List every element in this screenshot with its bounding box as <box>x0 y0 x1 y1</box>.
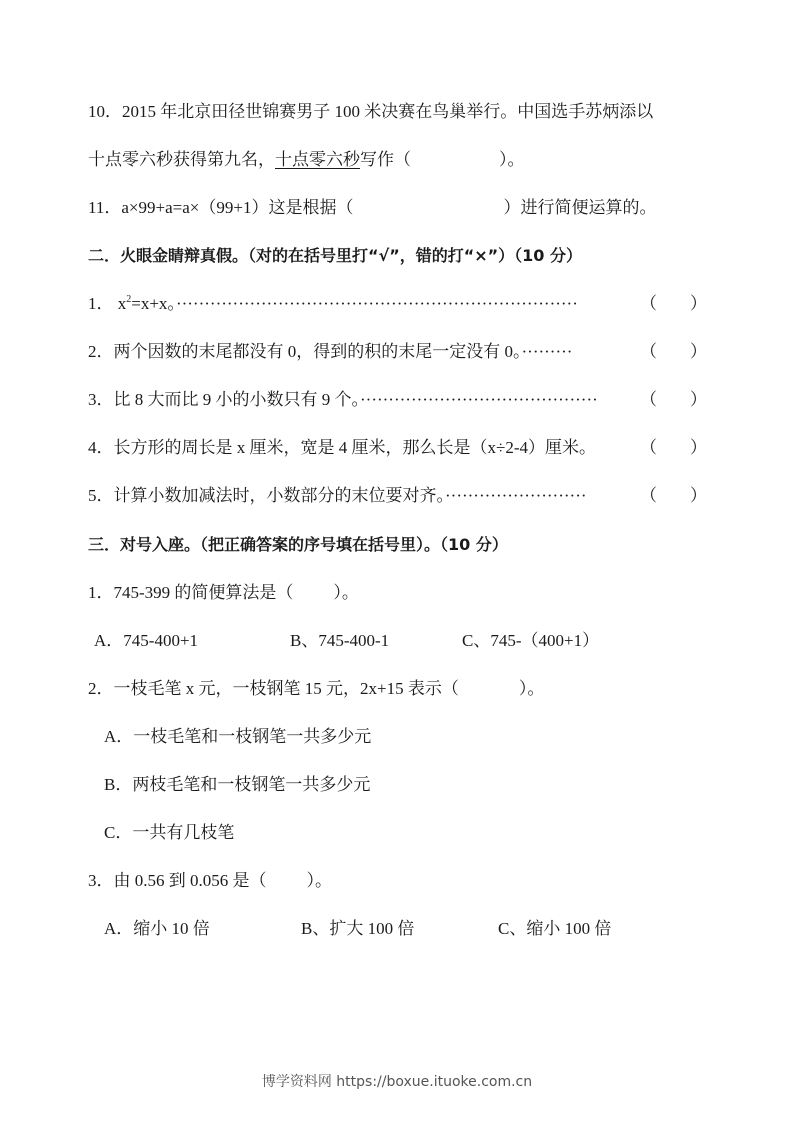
option-b[interactable]: B、扩大 100 倍 <box>301 917 414 941</box>
true-false-item-5: 5．计算小数加减法时，小数部分的末位要对齐。··················… <box>88 484 587 508</box>
question-10-line-1: 10．2015 年北京田径世锦赛男子 100 米决赛在鸟巢举行。中国选手苏炳添以 <box>88 100 653 124</box>
choice-question-1: 1．745-399 的简便算法是（）。 <box>88 581 359 605</box>
section-3-heading: 三．对号入座。（把正确答案的序号填在括号里）。（10 分） <box>88 533 508 557</box>
item-text: 长方形的周长是 x 厘米，宽是 4 厘米，那么长是（x÷2-4）厘米。 <box>114 438 597 457</box>
question-11: 11．a×99+a=a×（99+1）这是根据（）进行简便运算的。 <box>88 196 656 220</box>
item-number: 5． <box>88 486 114 505</box>
option-a[interactable]: A．745-400+1 <box>94 629 198 653</box>
question-11-text: 11．a×99+a=a×（99+1）这是根据（ <box>88 198 353 217</box>
leader-dots: ········· <box>522 342 573 361</box>
option-c[interactable]: C、缩小 100 倍 <box>498 917 611 941</box>
true-false-item-4: 4．长方形的周长是 x 厘米，宽是 4 厘米，那么长是（x÷2-4）厘米。 <box>88 436 596 460</box>
item-text: 计算小数加减法时，小数部分的末位要对齐。 <box>114 486 446 505</box>
question-stem: 3．由 0.56 到 0.056 是（ <box>88 871 267 890</box>
question-stem: 2．一枝毛笔 x 元，一枝钢笔 15 元，2x+15 表示（ <box>88 679 459 698</box>
item-number: 1． <box>88 294 114 313</box>
answer-paren-close: ） <box>690 340 707 364</box>
leader-dots: ························· <box>445 486 587 505</box>
option-a[interactable]: A．缩小 10 倍 <box>104 917 210 941</box>
question-10-text: 10．2015 年北京田径世锦赛男子 100 米决赛在鸟巢举行。中国选手苏炳添以 <box>88 102 653 121</box>
question-10-text-pre: 十点零六秒获得第九名， <box>88 150 275 169</box>
question-10-text-post: 写作（ <box>360 150 411 169</box>
true-false-item-2: 2．两个因数的末尾都没有 0，得到的积的末尾一定没有 0。········· <box>88 340 572 364</box>
true-false-item-3: 3．比 8 大而比 9 小的小数只有 9 个。·················… <box>88 388 598 412</box>
question-11-end: ）进行简便运算的。 <box>503 198 656 217</box>
answer-paren-open[interactable]: （ <box>640 340 657 364</box>
item-number: 2． <box>88 342 114 361</box>
question-stem: 1．745-399 的简便算法是（ <box>88 583 293 602</box>
option-c[interactable]: C、745-（400+1） <box>462 629 599 653</box>
option-b[interactable]: B、745-400-1 <box>290 629 389 653</box>
answer-paren-open[interactable]: （ <box>640 436 657 460</box>
section-2-heading: 二．火眼金睛辩真假。（对的在括号里打“√”，错的打“×”）（10 分） <box>88 244 582 268</box>
item-number: 4． <box>88 438 114 457</box>
item-text: 比 8 大而比 9 小的小数只有 9 个。 <box>114 390 361 409</box>
answer-paren-close: ） <box>690 388 707 412</box>
underlined-phrase: 十点零六秒 <box>275 150 360 169</box>
question-stem-end: ）。 <box>333 583 359 602</box>
choice-question-3: 3．由 0.56 到 0.056 是（）。 <box>88 869 332 893</box>
question-stem-end: ）。 <box>307 871 333 890</box>
question-10-end: ）。 <box>499 150 525 169</box>
option-b[interactable]: B．两枝毛笔和一枝钢笔一共多少元 <box>104 773 370 797</box>
option-a[interactable]: A．一枝毛笔和一枝钢笔一共多少元 <box>104 725 371 749</box>
leader-dots: ········································… <box>360 390 598 409</box>
item-text: 两个因数的末尾都没有 0，得到的积的末尾一定没有 0。 <box>114 342 522 361</box>
item-number: 3． <box>88 390 114 409</box>
footer-watermark: 博学资料网 https://boxue.ituoke.com.cn <box>0 1071 794 1091</box>
leader-dots: ········································… <box>176 294 578 313</box>
answer-paren-close: ） <box>690 292 707 316</box>
choice-question-2: 2．一枝毛笔 x 元，一枝钢笔 15 元，2x+15 表示（）。 <box>88 677 544 701</box>
question-10-line-2: 十点零六秒获得第九名，十点零六秒写作（）。 <box>88 148 525 172</box>
answer-paren-close: ） <box>690 436 707 460</box>
answer-paren-close: ） <box>690 484 707 508</box>
option-c[interactable]: C．一共有几枝笔 <box>104 821 234 845</box>
item-text: x <box>118 294 127 313</box>
item-text: =x+x。 <box>131 294 176 313</box>
question-stem-end: ）。 <box>519 679 545 698</box>
answer-paren-open[interactable]: （ <box>640 292 657 316</box>
answer-paren-open[interactable]: （ <box>640 484 657 508</box>
true-false-item-1: 1． x2=x+x。······························… <box>88 292 718 316</box>
answer-paren-open[interactable]: （ <box>640 388 657 412</box>
